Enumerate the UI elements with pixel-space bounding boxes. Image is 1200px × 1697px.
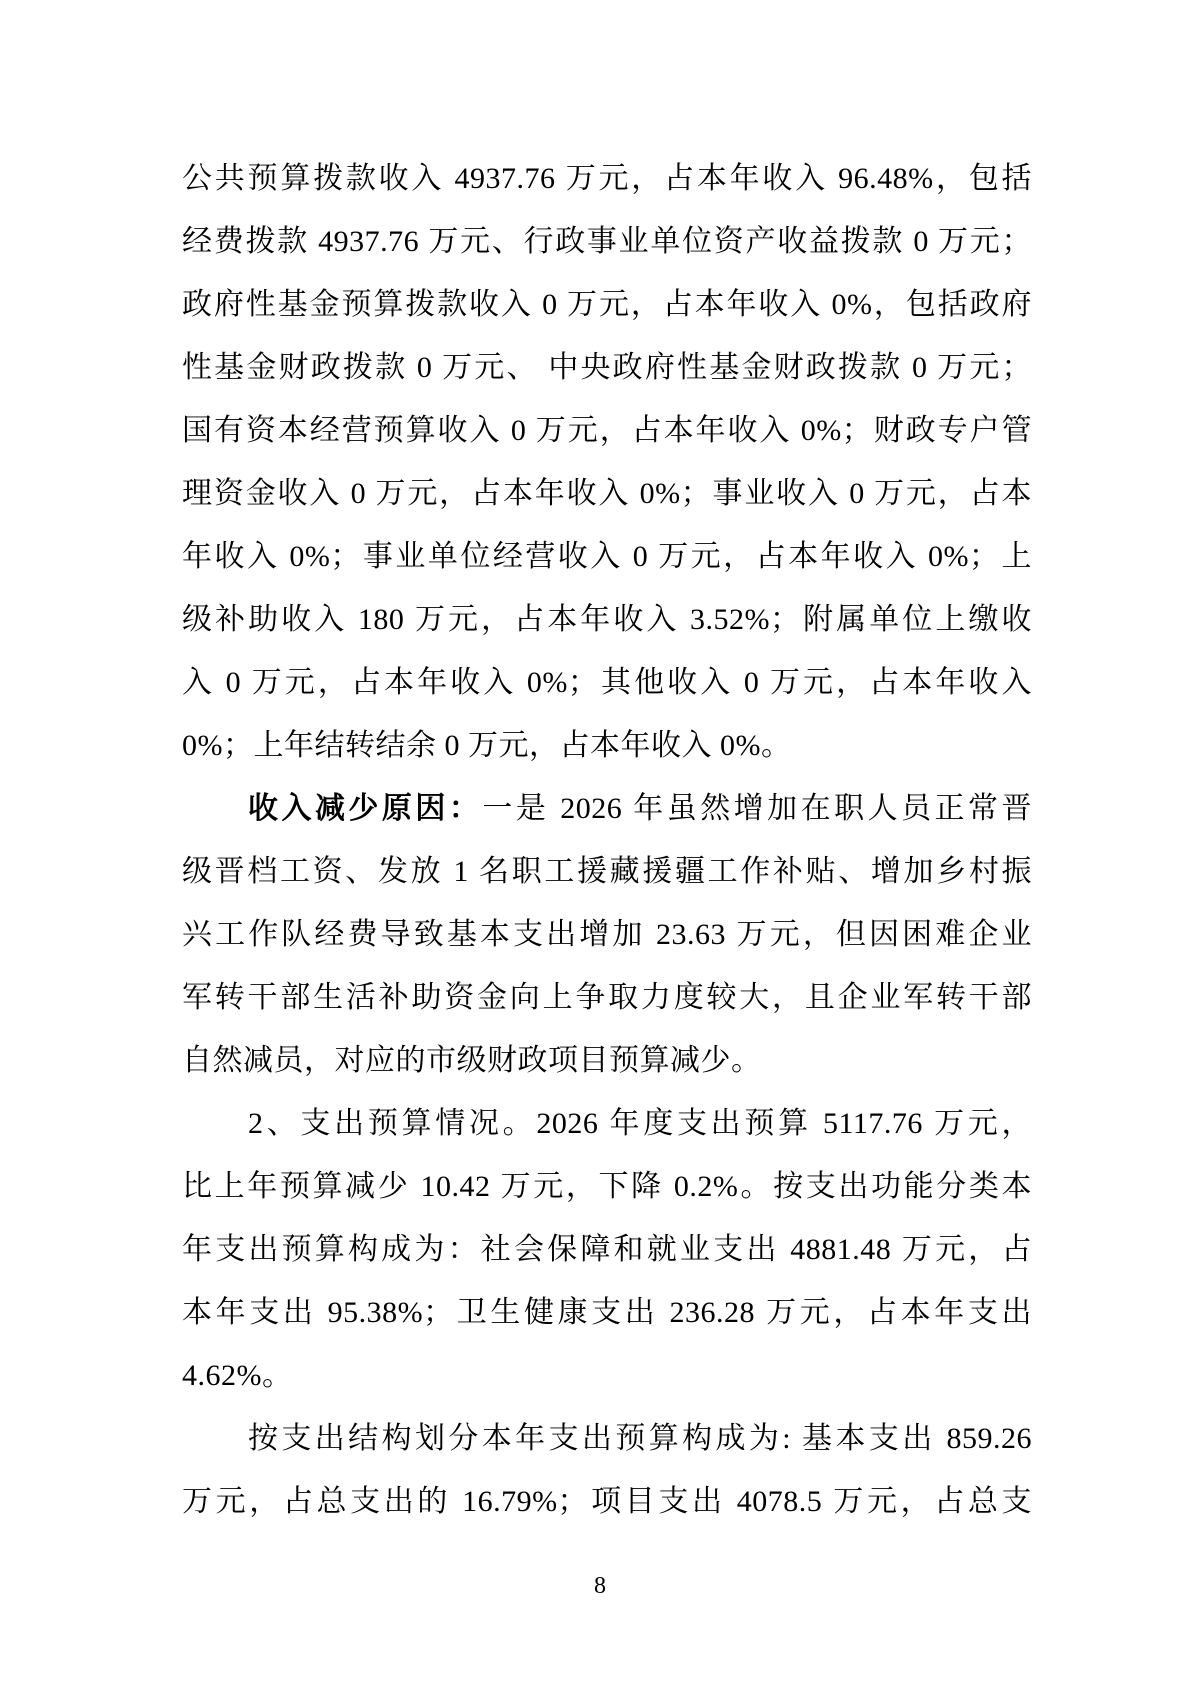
document-page: 公共预算拨款收入 4937.76 万元，占本年收入 96.48%，包括 经费拨款… [0,0,1200,1697]
text-line: 入 0 万元，占本年收入 0%；其他收入 0 万元，占本年收入 [182,651,1032,714]
text-line: 自然减员，对应的市级财政项目预算减少。 [182,1029,1032,1092]
line-text: 一是 2026 年虽然增加在职人员正常晋 [482,792,1032,825]
text-line: 万元，占总支出的 16.79%；项目支出 4078.5 万元，占总支 [182,1470,1032,1533]
text-line: 4.62%。 [182,1344,1032,1407]
text-line: 国有资本经营预算收入 0 万元，占本年收入 0%；财政专户管 [182,399,1032,462]
text-line: 按支出结构划分本年支出预算构成为: 基本支出 859.26 [182,1407,1032,1470]
text-line: 本年支出 95.38%；卫生健康支出 236.28 万元，占本年支出 [182,1281,1032,1344]
text-line: 经费拨款 4937.76 万元、行政事业单位资产收益拨款 0 万元； [182,210,1032,273]
text-line: 收入减少原因：一是 2026 年虽然增加在职人员正常晋 [182,777,1032,840]
text-line: 性基金财政拨款 0 万元、 中央政府性基金财政拨款 0 万元； [182,336,1032,399]
text-line: 0%；上年结转结余 0 万元，占本年收入 0%。 [182,714,1032,777]
text-line: 级晋档工资、发放 1 名职工援藏援疆工作补贴、增加乡村振 [182,840,1032,903]
text-line: 理资金收入 0 万元，占本年收入 0%；事业收入 0 万元，占本 [182,462,1032,525]
text-line: 年支出预算构成为：社会保障和就业支出 4881.48 万元，占 [182,1218,1032,1281]
document-body: 公共预算拨款收入 4937.76 万元，占本年收入 96.48%，包括 经费拨款… [182,147,1032,1533]
paragraph-lead-bold: 收入减少原因： [248,792,482,825]
page-number: 8 [0,1568,1200,1604]
text-line: 政府性基金预算拨款收入 0 万元，占本年收入 0%，包括政府 [182,273,1032,336]
text-line: 2、支出预算情况。2026 年度支出预算 5117.76 万元， [182,1092,1032,1155]
text-line: 年收入 0%；事业单位经营收入 0 万元，占本年收入 0%；上 [182,525,1032,588]
text-line: 级补助收入 180 万元，占本年收入 3.52%；附属单位上缴收 [182,588,1032,651]
text-line: 军转干部生活补助资金向上争取力度较大，且企业军转干部 [182,966,1032,1029]
text-line: 比上年预算减少 10.42 万元，下降 0.2%。按支出功能分类本 [182,1155,1032,1218]
text-line: 兴工作队经费导致基本支出增加 23.63 万元，但因困难企业 [182,903,1032,966]
text-line: 公共预算拨款收入 4937.76 万元，占本年收入 96.48%，包括 [182,147,1032,210]
